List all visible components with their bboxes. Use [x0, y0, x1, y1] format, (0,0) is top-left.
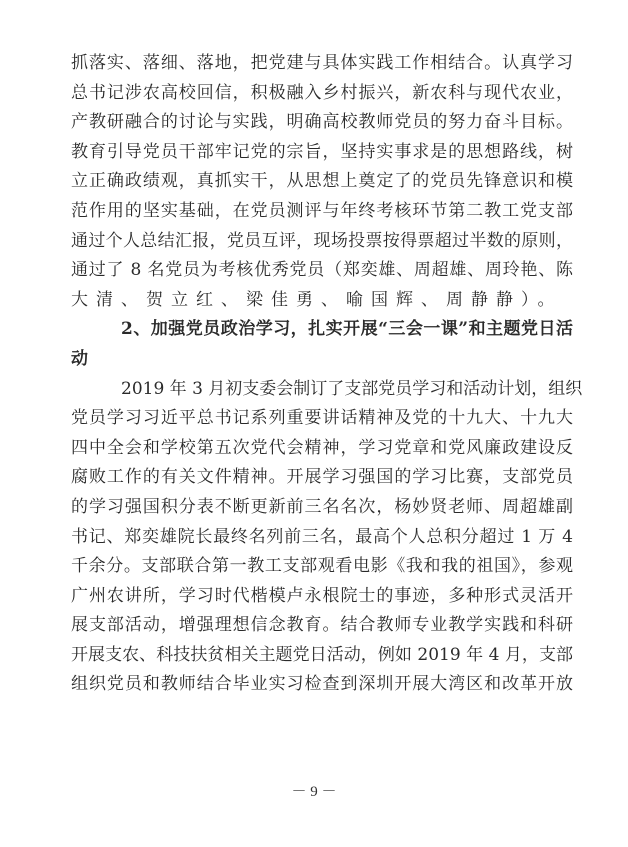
text-line: 大清、贺立红、梁佳勇、喻国辉、周静静）。 — [71, 286, 573, 316]
text-line: 四中全会和学校第五次党代会精神，学习党章和党风廉政建设反 — [71, 434, 573, 464]
text-line: 抓落实、落细、落地，把党建与具体实践工作相结合。认真学习 — [71, 49, 573, 79]
text-line: 2019 年 3 月初支委会制订了支部党员学习和活动计划，组织 — [71, 375, 573, 405]
text-line: 通过个人总结汇报，党员互评，现场投票按得票超过半数的原则， — [71, 227, 573, 257]
text-line: 范作用的坚实基础，在党员测评与年终考核环节第二教工党支部 — [71, 197, 573, 227]
text-line: 开展支农、科技扶贫相关主题党日活动，例如 2019 年 4 月，支部 — [71, 641, 573, 671]
body-text: 抓落实、落细、落地，把党建与具体实践工作相结合。认真学习 总书记涉农高校回信，积… — [71, 49, 573, 700]
section-heading: 2、加强党员政治学习，扎实开展“三会一课”和主题党日活 — [71, 315, 573, 345]
text-line: 组织党员和教师结合毕业实习检查到深圳开展大湾区和改革开放 — [71, 670, 573, 700]
section-heading-continued: 动 — [71, 345, 573, 375]
document-page: 抓落实、落细、落地，把党建与具体实践工作相结合。认真学习 总书记涉农高校回信，积… — [0, 0, 628, 847]
text-line: 腐败工作的有关文件精神。开展学习强国的学习比赛，支部党员 — [71, 463, 573, 493]
text-line: 立正确政绩观，真抓实干，从思想上奠定了的党员先锋意识和模 — [71, 167, 573, 197]
text-line: 展支部活动，增强理想信念教育。结合教师专业教学实践和科研 — [71, 611, 573, 641]
text-line: 总书记涉农高校回信，积极融入乡村振兴，新农科与现代农业， — [71, 79, 573, 109]
text-line: 的学习强国积分表不断更新前三名名次，杨妙贤老师、周超雄副 — [71, 493, 573, 523]
text-line: 产教研融合的讨论与实践，明确高校教师党员的努力奋斗目标。 — [71, 108, 573, 138]
text-line: 广州农讲所，学习时代楷模卢永根院士的事迹，多种形式灵活开 — [71, 582, 573, 612]
text-line: 千余分。支部联合第一教工支部观看电影《我和我的祖国》，参观 — [71, 552, 573, 582]
text-line: 教育引导党员干部牢记党的宗旨，坚持实事求是的思想路线，树 — [71, 138, 573, 168]
text-line: 书记、郑奕雄院长最终名列前三名，最高个人总积分超过 1 万 4 — [71, 523, 573, 553]
page-number: － 9 － — [0, 780, 628, 801]
text-line: 通过了 8 名党员为考核优秀党员（郑奕雄、周超雄、周玲艳、陈 — [71, 256, 573, 286]
text-line: 党员学习习近平总书记系列重要讲话精神及党的十九大、十九大 — [71, 404, 573, 434]
